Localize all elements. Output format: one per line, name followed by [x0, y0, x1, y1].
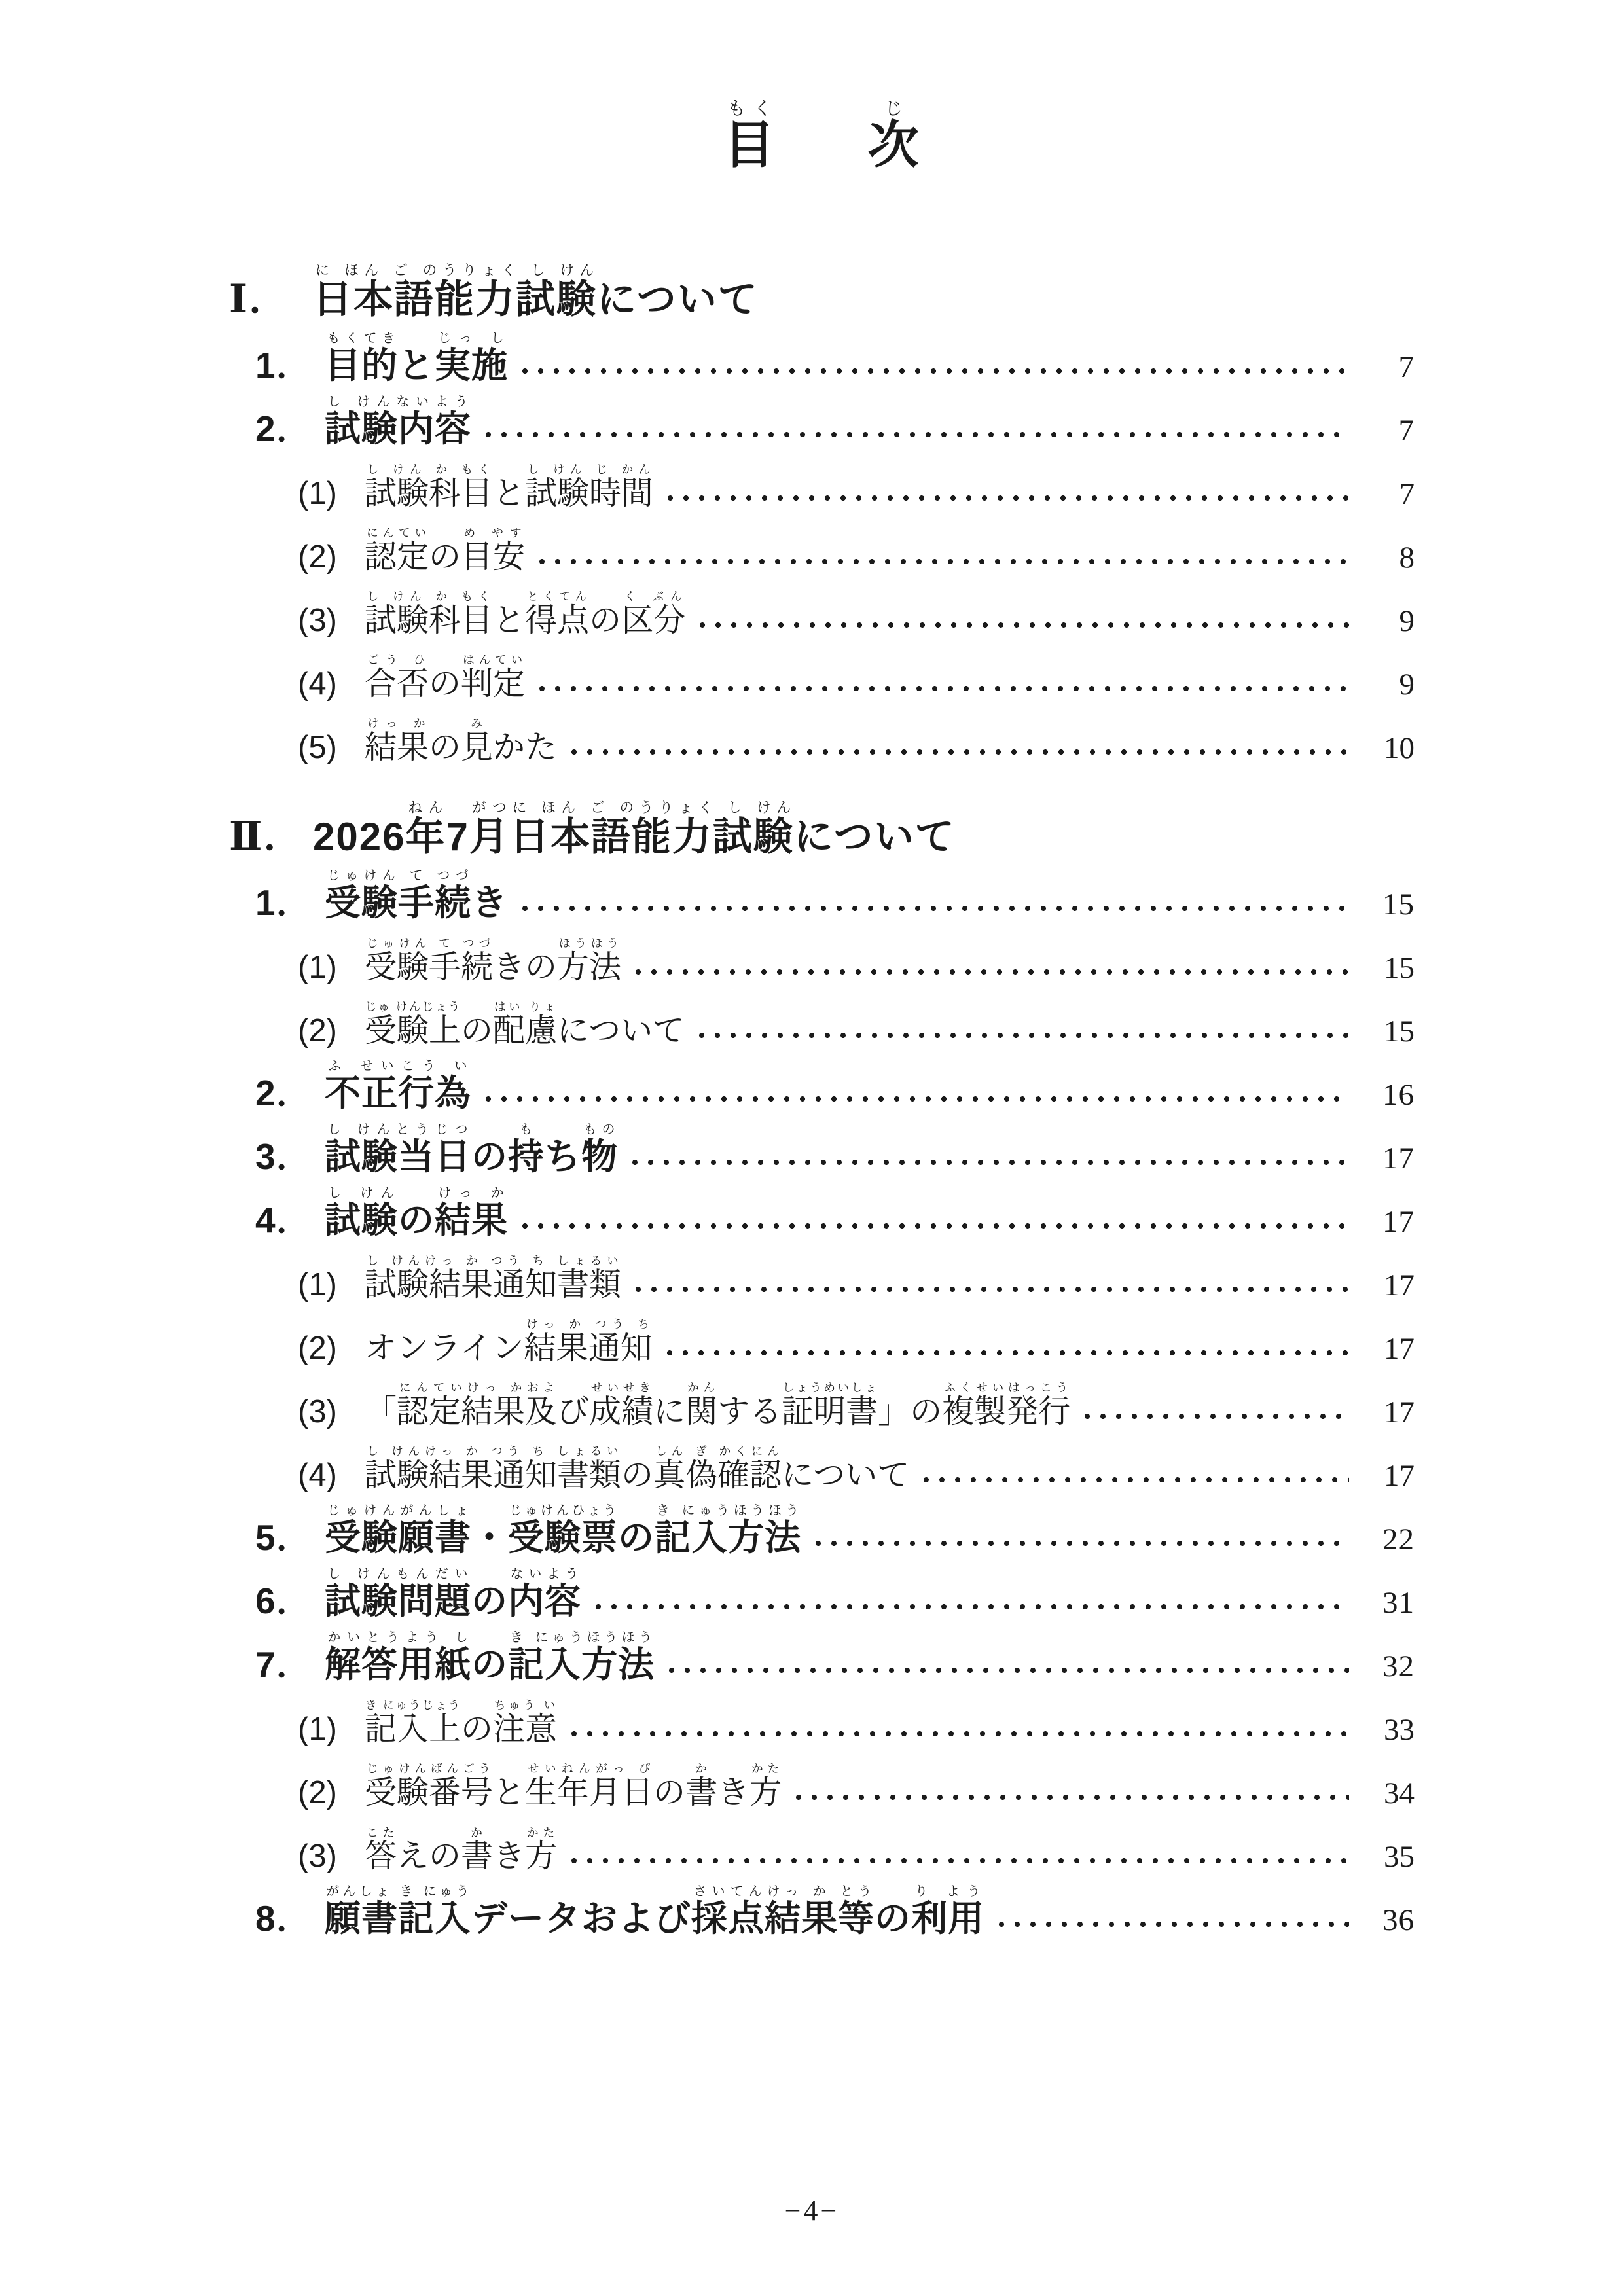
text-segment: の	[471, 1136, 508, 1177]
text-segment: の	[875, 1898, 911, 1939]
toc-row: 2．試験内容し けんないよう7	[255, 384, 1415, 448]
furigana-text: き にゅうじょう	[365, 1698, 461, 1712]
toc-row: (1)試験結果通知書類し けんけっ か つう ち しょるい17	[298, 1239, 1415, 1302]
ruby-segment: 試験時間し けん じ かん	[525, 476, 653, 511]
ruby-base-text: 試験時間	[525, 476, 653, 511]
ruby-base-text: 区分	[621, 603, 685, 638]
furigana-text: ほうほう	[557, 937, 621, 950]
furigana-text: に ほん ご のうりょく し けん	[313, 262, 597, 278]
row-number: (2)	[298, 541, 342, 575]
furigana-text: み	[461, 717, 493, 730]
ruby-base-text: 受験願書	[325, 1517, 471, 1558]
row-label: オンライン結果通知けっ か つう ち	[365, 1318, 653, 1366]
ruby-segment: 認定にんてい	[365, 539, 429, 575]
ruby-base-text: 書	[461, 1839, 493, 1874]
text-segment: きの	[493, 950, 557, 985]
ruby-base-text: 生年月日	[525, 1775, 653, 1810]
document-page: 目もく次じ Ⅰ．日本語能力試験に ほん ご のうりょく し けんについて1．目的…	[0, 0, 1624, 2296]
ruby-base-text: 試験	[325, 1200, 398, 1240]
page-number: 16	[1354, 1080, 1415, 1111]
ruby-segment: 目的もくてき	[325, 345, 398, 386]
ruby-segment: 合否ごう ひ	[365, 666, 429, 702]
ruby-base-text: 方法	[557, 950, 621, 985]
ruby-segment: 成績せいせき	[589, 1394, 653, 1429]
dot-leader	[480, 384, 1349, 448]
row-number: (4)	[298, 1459, 342, 1493]
ruby-segment: 利用り よう	[911, 1898, 984, 1939]
ruby-segment: 試験内容し けんないよう	[325, 408, 471, 449]
text-segment: オンライン	[365, 1331, 524, 1366]
toc-row: 1．目的もくてきと実施じっ し7	[255, 321, 1415, 384]
ruby-base-text: 次	[868, 116, 920, 173]
furigana-text: じっ し	[435, 331, 508, 346]
ruby-base-text: 配慮	[493, 1013, 557, 1049]
furigana-text: こた	[365, 1826, 397, 1839]
text-segment: の	[461, 1013, 493, 1049]
page-number: 17	[1354, 1143, 1415, 1174]
furigana-text: がんしょ き にゅう	[325, 1884, 471, 1899]
dot-leader	[810, 1493, 1349, 1556]
ruby-segment: 目安め やす	[461, 539, 525, 575]
toc-row: 2．不正行為ふ せいこう い16	[255, 1049, 1415, 1112]
row-number: 1．	[255, 346, 325, 384]
row-number: (3)	[298, 604, 342, 638]
furigana-text: けっ か つう ち	[524, 1318, 653, 1331]
ruby-base-text: 記入方法	[508, 1644, 655, 1685]
text-segment: の	[429, 730, 461, 765]
furigana-text: り よう	[911, 1884, 984, 1899]
toc-row: 1．受験手続じゅけん て つづき15	[255, 858, 1415, 922]
row-label: 「認定結果にんていけっ か及および成績せいせきに関かんする証明書しょうめいしょ」…	[365, 1381, 1070, 1429]
toc-row: (2)受験上じゅ けんじょうの配慮はい りょについて15	[298, 985, 1415, 1049]
ruby-segment: 注意ちゅう い	[493, 1712, 557, 1747]
row-number: (1)	[298, 1713, 342, 1747]
row-number: (1)	[298, 951, 342, 985]
row-number: 2．	[255, 410, 325, 448]
furigana-text: およ	[525, 1381, 557, 1394]
furigana-text: に ほん ご のうりょく し けん	[510, 799, 794, 816]
ruby-segment: 生年月日せいねんがっ ぴ	[525, 1775, 653, 1810]
text-segment: び	[557, 1394, 589, 1429]
ruby-base-text: 受験票	[508, 1517, 618, 1558]
dot-leader	[534, 511, 1349, 575]
toc-row: (2)オンライン結果通知けっ か つう ち17	[298, 1302, 1415, 1366]
row-number: (1)	[298, 1268, 342, 1302]
row-label: 試験結果通知書類し けんけっ か つう ち しょるい	[365, 1254, 621, 1302]
ruby-base-text: 答	[365, 1839, 397, 1874]
ruby-segment: 願書記入がんしょ き にゅう	[325, 1898, 471, 1939]
toc-row: (4)試験結果通知書類し けんけっ か つう ち しょるいの真偽確認しん ぎ か…	[298, 1429, 1415, 1493]
row-label: 日本語能力試験に ほん ご のうりょく し けんについて	[313, 262, 759, 321]
page-number: 15	[1354, 1016, 1415, 1047]
text-segment: と	[493, 603, 525, 638]
row-label: 受験手続じゅけん て つづきの方法ほうほう	[365, 937, 621, 985]
ruby-base-text: 日本語能力試験	[510, 815, 794, 859]
furigana-text: し けんとうじつ	[325, 1122, 471, 1137]
ruby-base-text: 解答用紙	[325, 1644, 471, 1685]
dot-leader	[590, 1556, 1349, 1620]
page-number: 22	[1354, 1524, 1415, 1555]
ruby-segment: 試験当日し けんとうじつ	[325, 1136, 471, 1177]
furigana-text: じゅけん て つづ	[325, 869, 471, 883]
text-segment: と	[493, 476, 525, 511]
ruby-segment: 持も	[508, 1136, 545, 1177]
text-segment: の	[621, 1458, 653, 1493]
dot-leader	[566, 1683, 1349, 1747]
text-segment: き	[717, 1775, 749, 1810]
furigana-text: せいねんがっ ぴ	[525, 1762, 653, 1775]
furigana-text: はんてい	[461, 653, 525, 666]
furigana-text: せいせき	[589, 1381, 653, 1394]
furigana-text: じゅけん て つづ	[365, 937, 493, 950]
ruby-base-text: 方	[749, 1775, 782, 1810]
page-number: 8	[1354, 543, 1415, 573]
ruby-segment: 得点とくてん	[525, 603, 589, 638]
furigana-text: き にゅうほうほう	[508, 1630, 655, 1645]
text-segment: に	[653, 1394, 685, 1429]
row-number: (1)	[298, 477, 342, 511]
furigana-text: にんていけっ か	[397, 1381, 525, 1394]
toc-row: 6．試験問題し けんもんだいの内容ないよう31	[255, 1556, 1415, 1620]
furigana-text: かいとうよう し	[325, 1630, 471, 1645]
row-number: 3．	[255, 1138, 325, 1175]
toc-row: (3)試験科目し けん か もくと得点とくてんの区分く ぶん9	[298, 575, 1415, 638]
furigana-text: もく	[723, 98, 776, 118]
ruby-base-text: 採点結果等	[691, 1898, 875, 1939]
ruby-segment: 方かた	[525, 1839, 557, 1874]
ruby-base-text: 判定	[461, 666, 525, 702]
toc-row: (4)合否ごう ひの判定はんてい9	[298, 638, 1415, 702]
furigana-text: けっ か	[435, 1186, 508, 1200]
ruby-segment: 年ねん	[405, 815, 446, 859]
row-number: 7．	[255, 1645, 325, 1683]
ruby-base-text: 受験手続	[325, 882, 471, 923]
row-label: 願書記入がんしょ き にゅうデータおよび採点結果等さいてんけっ か とうの利用り…	[325, 1884, 984, 1937]
ruby-base-text: 真偽確認	[653, 1458, 782, 1493]
footer-page-label: −4−	[0, 2194, 1624, 2227]
ruby-base-text: 受験手続	[365, 950, 493, 985]
dot-leader	[534, 638, 1349, 702]
furigana-text: かん	[685, 1381, 717, 1394]
doc-title: 目もく次じ	[229, 98, 1415, 185]
ruby-base-text: 成績	[589, 1394, 653, 1429]
text-segment: の	[398, 1200, 435, 1240]
text-segment: かた	[493, 730, 557, 765]
furigana-text: じ	[868, 98, 920, 118]
row-label: 受験番号じゅけんばんごうと生年月日せいねんがっ ぴの書かき方かた	[365, 1762, 782, 1810]
row-number: 2．	[255, 1074, 325, 1112]
toc-row: Ⅱ．2026年ねん7月がつ日本語能力試験に ほん ご のうりょく し けんについ…	[229, 773, 1415, 858]
row-label: 試験科目し けん か もくと試験時間し けん じ かん	[365, 463, 653, 511]
ruby-base-text: 結果	[435, 1200, 508, 1240]
text-segment: データおよび	[471, 1898, 691, 1939]
ruby-segment: 結果けっ か	[435, 1200, 508, 1240]
text-segment: の	[461, 1712, 493, 1747]
dot-leader	[517, 858, 1349, 922]
text-segment: について	[557, 1013, 685, 1049]
ruby-segment: 採点結果等さいてんけっ か とう	[691, 1898, 875, 1939]
ruby-base-text: 複製発行	[942, 1394, 1070, 1429]
ruby-base-text: 実施	[435, 345, 508, 386]
furigana-text: けっ か	[365, 717, 429, 730]
ruby-base-text: 試験当日	[325, 1136, 471, 1177]
furigana-text: とくてん	[525, 590, 589, 603]
row-number: (2)	[298, 1014, 342, 1049]
text-segment: 2026	[313, 815, 405, 859]
furigana-text: かた	[525, 1826, 557, 1839]
ruby-base-text: 記入上	[365, 1712, 461, 1747]
furigana-text: ふくせいはっこう	[942, 1381, 1070, 1394]
page-number: 10	[1354, 733, 1415, 764]
text-segment: の	[471, 1644, 508, 1685]
ruby-base-text: 見	[461, 730, 493, 765]
page-number: 17	[1354, 1334, 1415, 1365]
dot-leader	[566, 1810, 1349, 1874]
toc-row: (3)答こたえの書かき方かた35	[298, 1810, 1415, 1874]
ruby-base-text: 内容	[508, 1581, 581, 1621]
page-number: 17	[1354, 1397, 1415, 1428]
furigana-text: がつ	[469, 799, 510, 816]
ruby-segment: 記入方法き にゅうほうほう	[655, 1517, 801, 1558]
dot-leader	[662, 1302, 1349, 1366]
furigana-text: く ぶん	[621, 590, 685, 603]
row-label: 答こたえの書かき方かた	[365, 1826, 557, 1874]
ruby-base-text: 証明書	[782, 1394, 878, 1429]
row-label: 結果けっ かの見みかた	[365, 717, 557, 765]
ruby-segment: 日本語能力試験に ほん ご のうりょく し けん	[313, 278, 597, 321]
row-label: 受験手続じゅけん て つづき	[325, 869, 508, 922]
toc-row: (3)「認定結果にんていけっ か及および成績せいせきに関かんする証明書しょうめい…	[298, 1366, 1415, 1429]
row-label: 不正行為ふ せいこう い	[325, 1059, 471, 1112]
ruby-base-text: 認定	[365, 539, 429, 575]
furigana-text: もくてき	[325, 331, 398, 346]
toc-row: (2)認定にんていの目安め やす8	[298, 511, 1415, 575]
ruby-base-text: 試験問題	[325, 1581, 471, 1621]
dot-leader	[517, 1175, 1349, 1239]
text-segment: について	[794, 815, 956, 859]
toc-row: 5．受験願書じゅけんがんしょ・受験票じゅけんひょうの記入方法き にゅうほうほう2…	[255, 1493, 1415, 1556]
dot-leader	[695, 575, 1349, 638]
ruby-base-text: 持	[508, 1136, 545, 1177]
furigana-text: し けんけっ か つう ち しょるい	[365, 1444, 621, 1458]
ruby-segment: 解答用紙かいとうよう し	[325, 1644, 471, 1685]
ruby-segment: 書か	[461, 1839, 493, 1874]
ruby-base-text: 目安	[461, 539, 525, 575]
row-label: 合否ごう ひの判定はんてい	[365, 653, 525, 702]
text-segment: 「	[365, 1394, 397, 1429]
ruby-base-text: 願書記入	[325, 1898, 471, 1939]
row-number: (2)	[298, 1776, 342, 1810]
dot-leader	[1079, 1366, 1349, 1429]
toc-row: (2)受験番号じゅけんばんごうと生年月日せいねんがっ ぴの書かき方かた34	[298, 1747, 1415, 1810]
ruby-base-text: 受験番号	[365, 1775, 493, 1810]
row-label: 2026年ねん7月がつ日本語能力試験に ほん ご のうりょく し けんについて	[313, 799, 956, 858]
furigana-text: め やす	[461, 526, 525, 539]
row-label: 記入上き にゅうじょうの注意ちゅう い	[365, 1698, 557, 1747]
furigana-text: き にゅうほうほう	[655, 1503, 801, 1518]
toc-row: (1)記入上き にゅうじょうの注意ちゅう い33	[298, 1683, 1415, 1747]
ruby-segment: 配慮はい りょ	[493, 1013, 557, 1049]
furigana-text: かた	[749, 1762, 782, 1775]
dot-leader	[994, 1874, 1349, 1937]
row-label: 解答用紙かいとうよう しの記入方法き にゅうほうほう	[325, 1630, 655, 1683]
ruby-base-text: 方	[525, 1839, 557, 1874]
row-number: 1．	[255, 884, 325, 922]
furigana-text: じゅけんひょう	[508, 1503, 618, 1518]
ruby-segment: 日本語能力試験に ほん ご のうりょく し けん	[510, 815, 794, 859]
ruby-segment: 試験し けん	[325, 1200, 398, 1240]
ruby-segment: 証明書しょうめいしょ	[782, 1394, 878, 1429]
ruby-base-text: 不正行為	[325, 1073, 471, 1113]
ruby-segment: 物もの	[581, 1136, 618, 1177]
dot-leader	[630, 922, 1349, 985]
text-segment: の	[429, 1839, 461, 1874]
page-number: 32	[1354, 1651, 1415, 1682]
ruby-segment: 試験結果通知書類し けんけっ か つう ち しょるい	[365, 1267, 621, 1302]
ruby-base-text: 試験科目	[365, 476, 493, 511]
row-number: (5)	[298, 731, 342, 765]
row-label: 受験上じゅ けんじょうの配慮はい りょについて	[365, 1000, 685, 1049]
ruby-segment: 試験結果通知書類し けんけっ か つう ち しょるい	[365, 1458, 621, 1493]
dot-leader	[630, 1239, 1349, 1302]
ruby-base-text: 試験科目	[365, 603, 493, 638]
toc: Ⅰ．日本語能力試験に ほん ご のうりょく し けんについて1．目的もくてきと実…	[229, 236, 1415, 1937]
ruby-segment: 結果通知けっ か つう ち	[524, 1331, 653, 1366]
row-label: 受験願書じゅけんがんしょ・受験票じゅけんひょうの記入方法き にゅうほうほう	[325, 1503, 801, 1556]
page-number: 35	[1354, 1842, 1415, 1873]
page-number: 9	[1354, 606, 1415, 637]
row-number: Ⅰ．	[229, 279, 313, 321]
ruby-base-text: 利用	[911, 1898, 984, 1939]
furigana-text: し けんないよう	[325, 395, 471, 409]
text-segment: の	[429, 539, 461, 575]
dot-leader	[662, 448, 1349, 511]
ruby-segment: 関かん	[685, 1394, 717, 1429]
page-number: 15	[1354, 953, 1415, 984]
ruby-segment: 方法ほうほう	[557, 950, 621, 985]
text-segment: の	[429, 666, 461, 702]
text-segment: き	[471, 882, 508, 923]
ruby-segment: 書か	[685, 1775, 717, 1810]
row-number: Ⅱ．	[229, 816, 313, 858]
ruby-segment: 記入上き にゅうじょう	[365, 1712, 461, 1747]
page-number: 17	[1354, 1461, 1415, 1492]
ruby-segment: 目もく	[723, 116, 776, 173]
furigana-text: し けん か もく	[365, 590, 493, 603]
ruby-segment: 方かた	[749, 1775, 782, 1810]
furigana-text: もの	[581, 1122, 618, 1137]
ruby-segment: 次じ	[868, 116, 920, 173]
ruby-segment: 受験手続じゅけん て つづ	[325, 882, 471, 923]
page-number: 34	[1354, 1778, 1415, 1809]
row-number: (4)	[298, 668, 342, 702]
ruby-segment: 記入方法き にゅうほうほう	[508, 1644, 655, 1685]
furigana-text: し けん か もく	[365, 463, 493, 476]
ruby-segment: 複製発行ふくせいはっこう	[942, 1394, 1070, 1429]
row-label: 試験し けんの結果けっ か	[325, 1186, 508, 1239]
ruby-segment: 区分く ぶん	[621, 603, 685, 638]
ruby-segment: 受験票じゅけんひょう	[508, 1517, 618, 1558]
ruby-segment: 内容ないよう	[508, 1581, 581, 1621]
ruby-segment: 受験上じゅ けんじょう	[365, 1013, 461, 1049]
ruby-base-text: 記入方法	[655, 1517, 801, 1558]
ruby-base-text: 書	[685, 1775, 717, 1810]
text-segment: の	[653, 1775, 685, 1810]
row-label: 試験内容し けんないよう	[325, 395, 471, 448]
ruby-base-text: 受験上	[365, 1013, 461, 1049]
toc-row: Ⅰ．日本語能力試験に ほん ご のうりょく し けんについて	[229, 236, 1415, 321]
ruby-segment: 月がつ	[469, 815, 510, 859]
row-number: 4．	[255, 1201, 325, 1239]
page-number: 15	[1354, 889, 1415, 920]
furigana-text: し けん じ かん	[525, 463, 653, 476]
furigana-text: ねん	[405, 799, 446, 816]
row-number: (2)	[298, 1332, 342, 1366]
ruby-base-text: 結果	[365, 730, 429, 765]
furigana-text: じゅけんがんしょ	[325, 1503, 471, 1518]
furigana-text: しん ぎ かくにん	[653, 1444, 782, 1458]
furigana-text: し けんもんだい	[325, 1567, 471, 1581]
page-number: 17	[1354, 1207, 1415, 1238]
text-segment: と	[398, 345, 435, 386]
ruby-segment: 及およ	[525, 1394, 557, 1429]
ruby-segment: 見み	[461, 730, 493, 765]
furigana-text: にんてい	[365, 526, 429, 539]
ruby-base-text: 目	[723, 116, 776, 173]
row-label: 試験科目し けん か もくと得点とくてんの区分く ぶん	[365, 590, 685, 638]
furigana-text: ごう ひ	[365, 653, 429, 666]
text-segment: 」の	[878, 1394, 942, 1429]
page-number: 7	[1354, 352, 1415, 383]
ruby-base-text: 結果通知	[524, 1331, 653, 1366]
row-label: 認定にんていの目安め やす	[365, 526, 525, 575]
ruby-segment: 受験願書じゅけんがんしょ	[325, 1517, 471, 1558]
text-segment: の	[589, 603, 621, 638]
row-label: 試験結果通知書類し けんけっ か つう ち しょるいの真偽確認しん ぎ かくにん…	[365, 1444, 909, 1493]
furigana-text: ないよう	[508, 1567, 581, 1581]
dot-leader	[627, 1112, 1349, 1175]
ruby-base-text: 物	[581, 1136, 618, 1177]
toc-row: (5)結果けっ かの見みかた10	[298, 702, 1415, 765]
furigana-text: ふ せいこう い	[325, 1059, 471, 1073]
page-number: 7	[1354, 416, 1415, 446]
row-label: 試験問題し けんもんだいの内容ないよう	[325, 1567, 581, 1620]
page-number: 17	[1354, 1270, 1415, 1301]
ruby-base-text: 合否	[365, 666, 429, 702]
row-number: 6．	[255, 1582, 325, 1620]
text-segment: する	[717, 1394, 782, 1429]
toc-row: 8．願書記入がんしょ き にゅうデータおよび採点結果等さいてんけっ か とうの利…	[255, 1874, 1415, 1937]
ruby-base-text: 月	[469, 815, 510, 859]
ruby-base-text: 関	[685, 1394, 717, 1429]
dot-leader	[664, 1620, 1349, 1683]
dot-leader	[480, 1049, 1349, 1112]
ruby-segment: 受験番号じゅけんばんごう	[365, 1775, 493, 1810]
row-number: 8．	[255, 1899, 325, 1937]
row-label: 試験当日し けんとうじつの持もち物もの	[325, 1122, 618, 1175]
toc-row: 3．試験当日し けんとうじつの持もち物もの17	[255, 1112, 1415, 1175]
ruby-segment: 答こた	[365, 1839, 397, 1874]
furigana-text: し けんけっ か つう ち しょるい	[365, 1254, 621, 1267]
page-number: 33	[1354, 1715, 1415, 1746]
furigana-text: さいてんけっ か とう	[691, 1884, 875, 1899]
furigana-text: じゅけんばんごう	[365, 1762, 493, 1775]
ruby-base-text: 日本語能力試験	[313, 278, 597, 321]
furigana-text: しょうめいしょ	[782, 1381, 878, 1394]
ruby-segment: 不正行為ふ せいこう い	[325, 1073, 471, 1113]
ruby-base-text: 試験結果通知書類	[365, 1267, 621, 1302]
dot-leader	[694, 985, 1349, 1049]
